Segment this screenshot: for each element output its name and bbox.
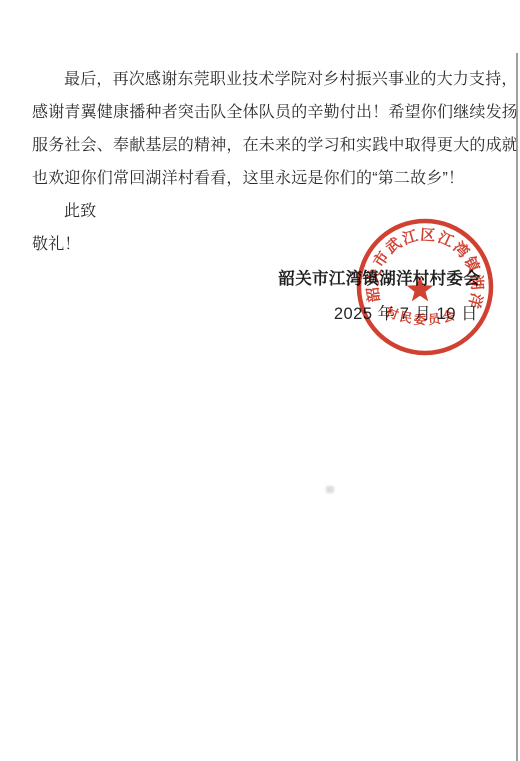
scan-smudge bbox=[326, 486, 334, 493]
letter-page: 最后，再次感谢东莞职业技术学院对乡村振兴事业的大力支持， 感谢青翼健康播种者突击… bbox=[0, 0, 520, 761]
body-line-3: 服务社会、奉献基层的精神，在未来的学习和实践中取得更大的成就！ bbox=[32, 129, 494, 162]
seal-bottom-text-element: 村民委员会 bbox=[384, 304, 459, 327]
body-line-2: 感谢青翼健康播种者突击队全体队员的辛勤付出！希望你们继续发扬 bbox=[32, 96, 494, 129]
scan-edge-line bbox=[516, 53, 518, 761]
official-seal: 韶关市武江区江湾镇湖洋村 村民委员会 bbox=[353, 217, 497, 357]
star-icon bbox=[407, 276, 434, 301]
seal-bottom-text: 村民委员会 bbox=[384, 304, 459, 327]
body-line-4: 也欢迎你们常回湖洋村看看，这里永远是你们的“第二故乡”！ bbox=[32, 162, 494, 195]
body-line-1: 最后，再次感谢东莞职业技术学院对乡村振兴事业的大力支持， bbox=[32, 63, 494, 96]
